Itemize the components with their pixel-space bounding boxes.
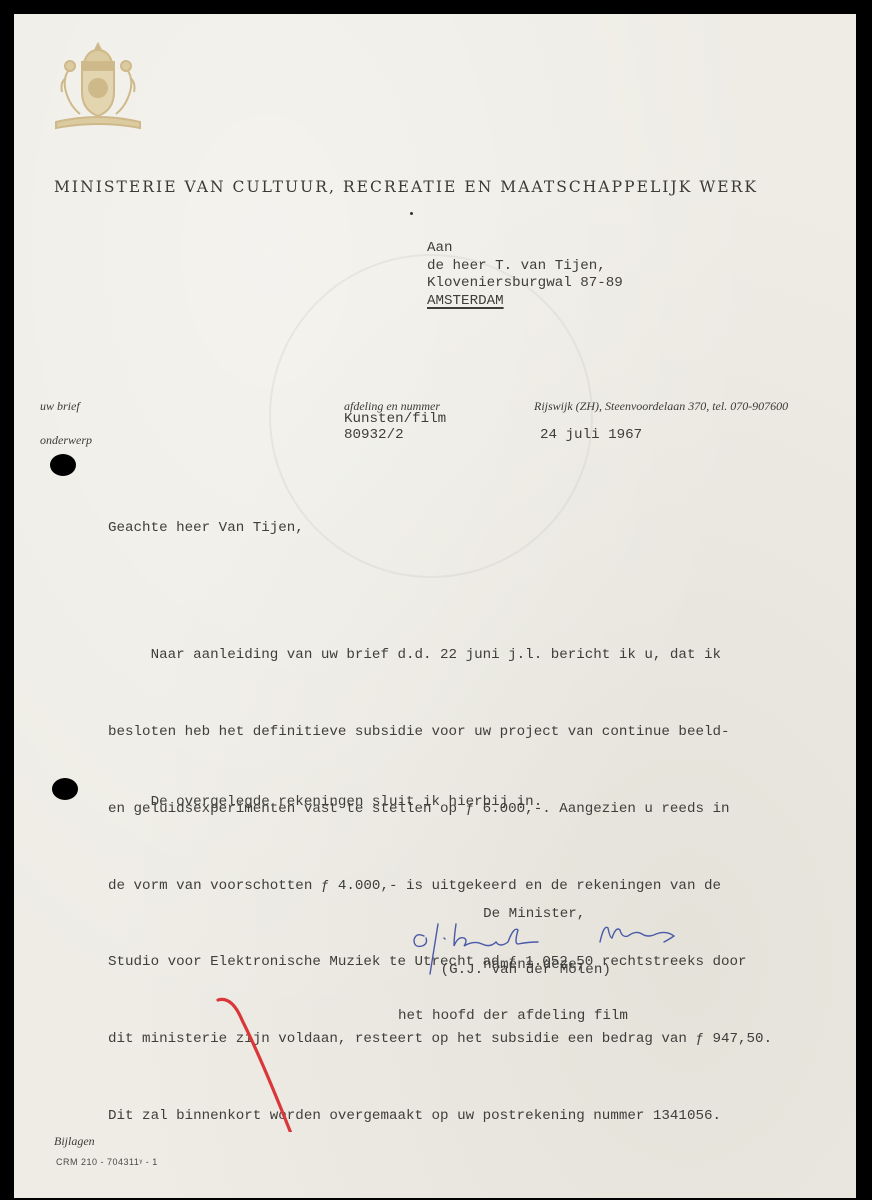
address-street: Kloveniersburgwal 87-89 — [427, 275, 623, 293]
salutation: Geachte heer Van Tijen, — [108, 520, 304, 536]
address-city: AMSTERDAM — [427, 293, 504, 309]
red-pencil-mark — [210, 982, 310, 1132]
printed-signatory-name: (G.J. van der Molen) — [398, 962, 611, 978]
ministry-name: MINISTERIE VAN CULTUUR, RECREATIE EN MAA… — [54, 178, 758, 196]
body-line: Dit zal binnenkort worden overgemaakt op… — [108, 1104, 772, 1130]
punch-hole-bottom — [52, 778, 78, 800]
ink-dot — [410, 212, 413, 215]
afdeling-department: Kunsten/film — [344, 411, 446, 427]
letter-date: 24 juli 1967 — [540, 427, 642, 443]
signature-department: het hoofd der afdeling film — [398, 1008, 628, 1025]
body-line: Naar aanleiding van uw brief d.d. 22 jun… — [108, 643, 772, 669]
address-name: de heer T. van Tijen, — [427, 258, 623, 276]
afdeling-number: 80932/2 — [344, 427, 446, 443]
form-code: CRM 210 - 704311ᵞ - 1 — [56, 1157, 158, 1167]
address-to: Aan — [427, 240, 623, 258]
body-line: besloten heb het definitieve subsidie vo… — [108, 720, 772, 746]
uw-brief-label: uw brief — [40, 399, 80, 414]
letter-page: MINISTERIE VAN CULTUUR, RECREATIE EN MAA… — [14, 14, 856, 1198]
sender-address: Rijswijk (ZH), Steenvoordelaan 370, tel.… — [534, 399, 788, 414]
coat-of-arms-icon — [46, 38, 150, 134]
onderwerp-label: onderwerp — [40, 433, 92, 448]
bijlagen-label: Bijlagen — [54, 1134, 95, 1149]
punch-hole-top — [50, 454, 76, 476]
recipient-address: Aan de heer T. van Tijen, Kloveniersburg… — [427, 240, 623, 310]
closing-paragraph: De overgelegde rekeningen sluit ik hierb… — [108, 794, 542, 810]
afdeling-value: Kunsten/film 80932/2 — [344, 411, 446, 443]
